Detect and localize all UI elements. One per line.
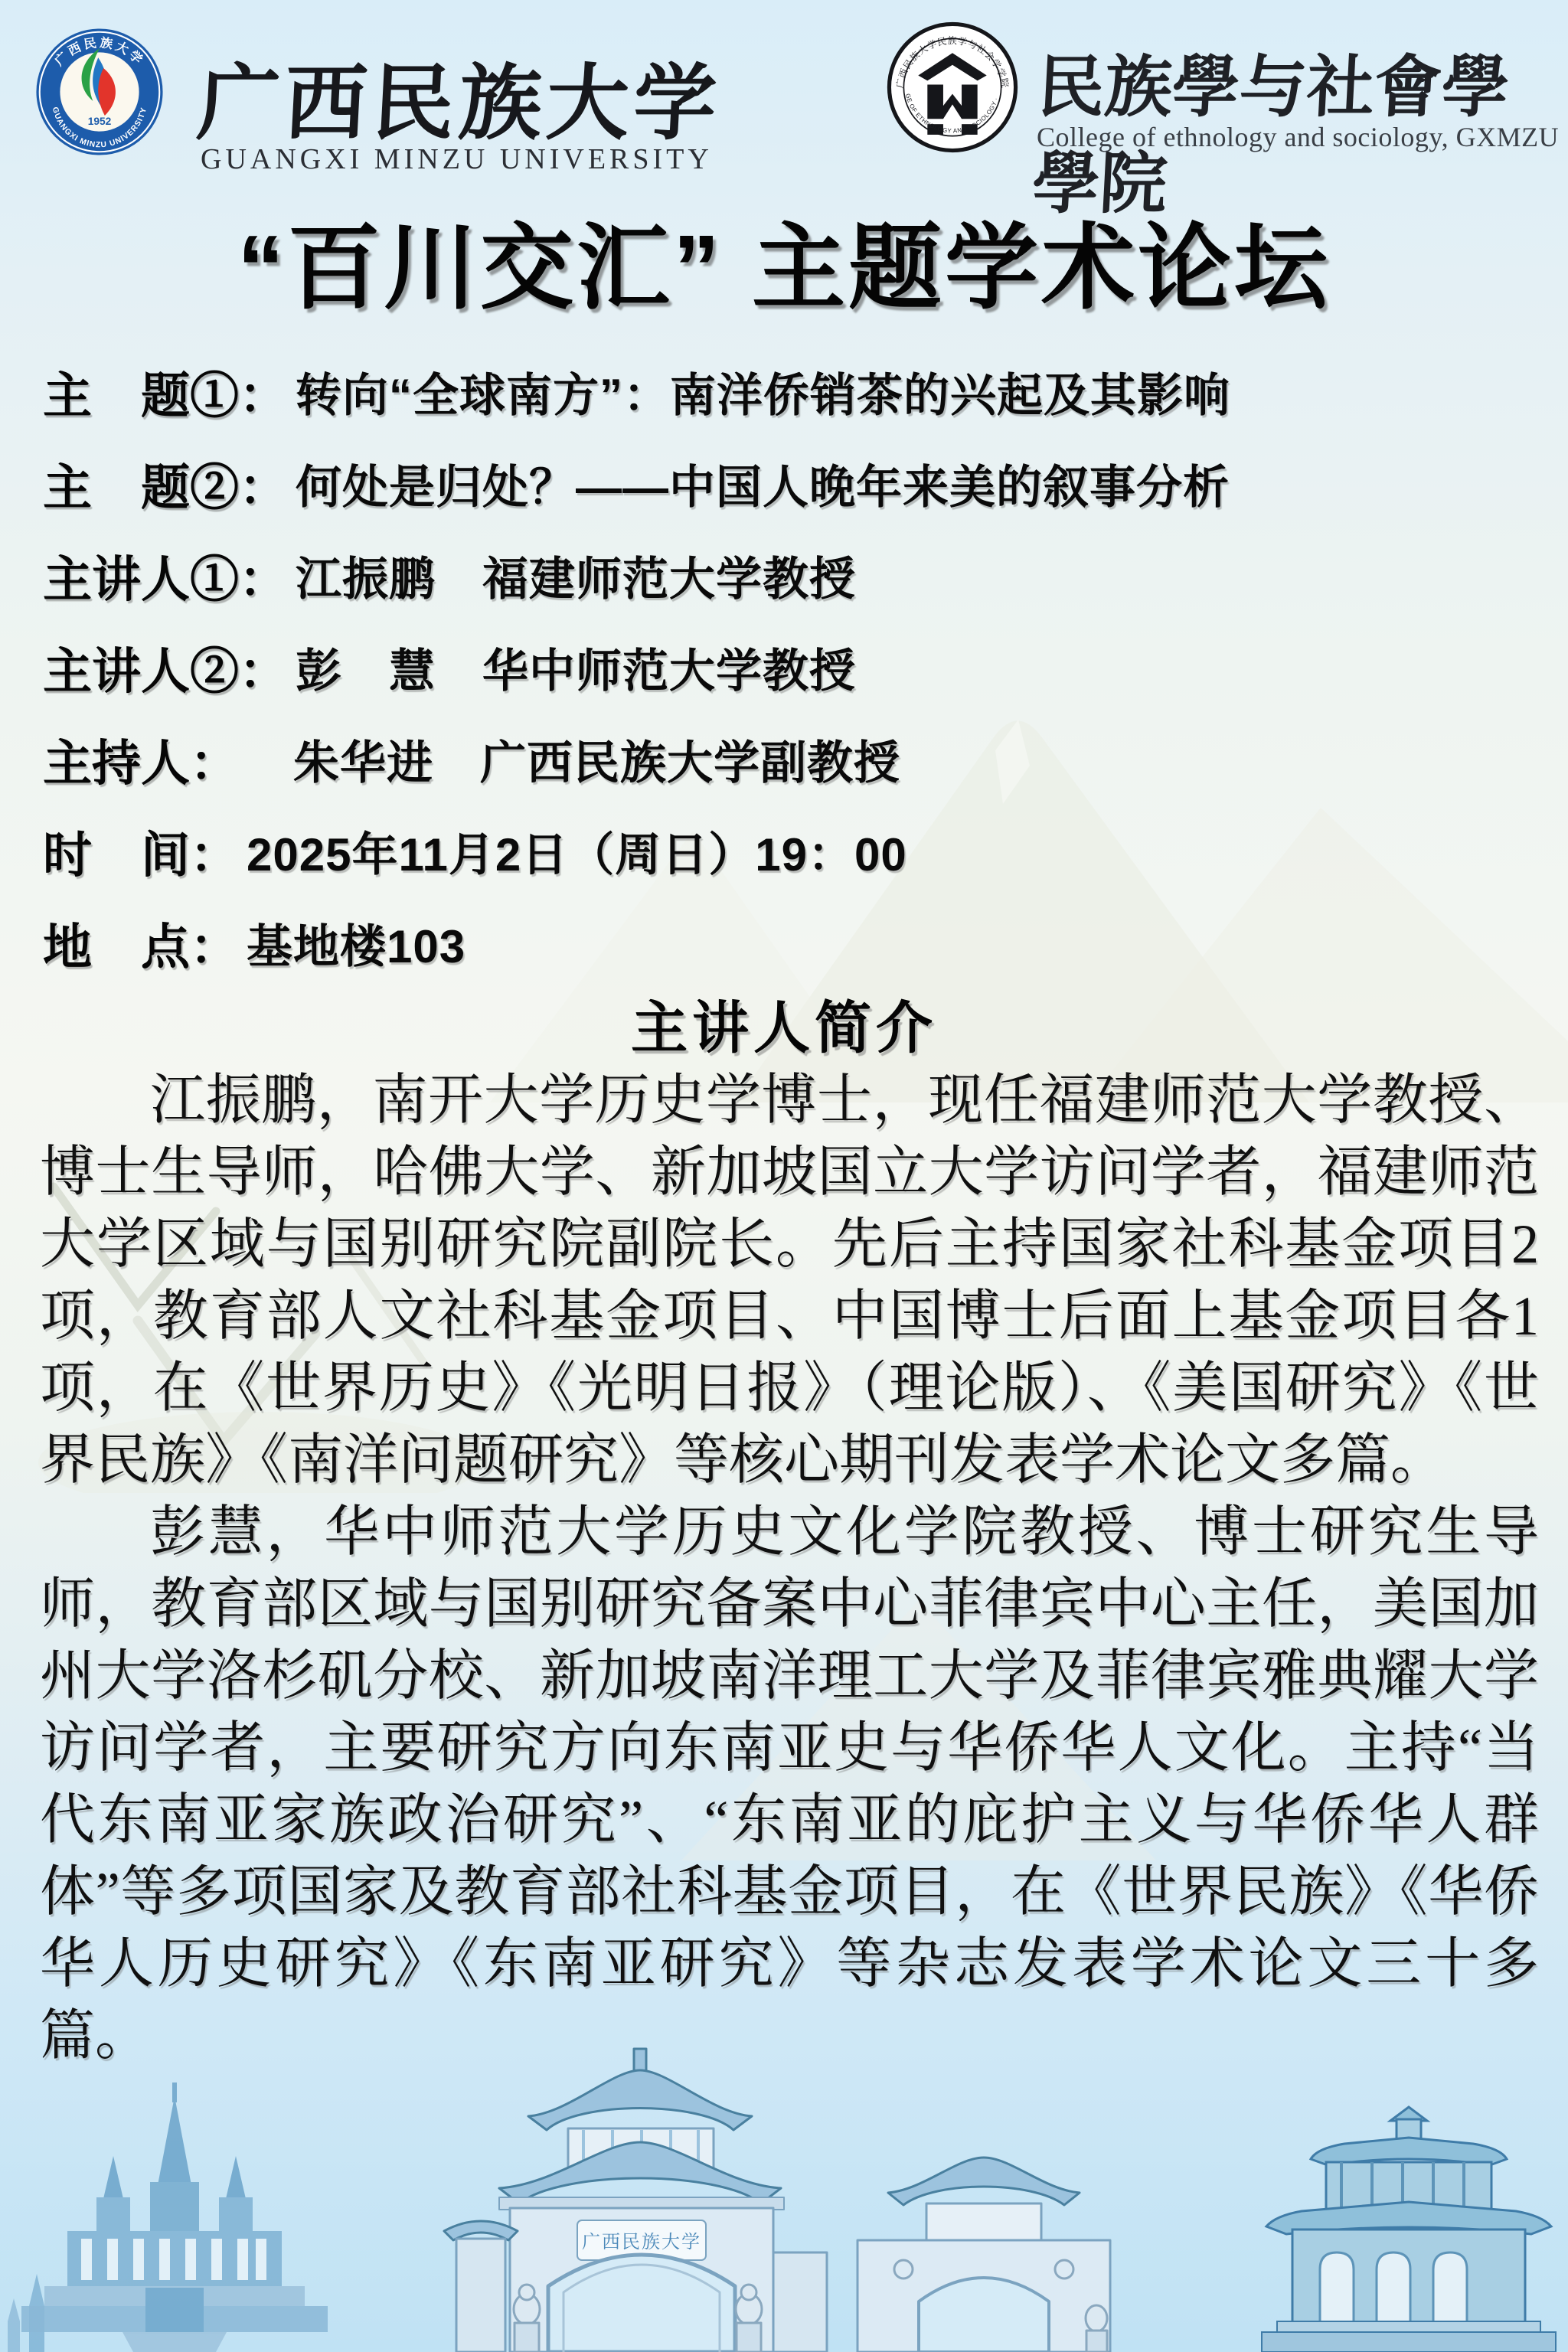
info-label: 主 题②： [43, 449, 288, 519]
info-line-topic-1: 主 题①： 转向“全球南方”：南洋侨销茶的兴起及其影响 [43, 346, 1540, 438]
info-value: 转向“全球南方”：南洋侨销茶的兴起及其影响 [296, 359, 1230, 425]
info-line-topic-2: 主 题②： 何处是归处？——中国人晚年来美的叙事分析 [43, 438, 1540, 530]
info-value: 朱华进 广西民族大学副教授 [247, 727, 900, 792]
info-value: 江振鹏 福建师范大学教授 [296, 543, 856, 609]
poster-title: “百川交汇” 主题学术论坛 [0, 193, 1568, 327]
speaker-bios: 江振鹏，南开大学历史学博士，现任福建师范大学教授、博士生导师，哈佛大学、新加坡国… [40, 1064, 1539, 2072]
info-label: 主讲人②： [43, 632, 288, 703]
info-label: 时 间： [43, 816, 239, 887]
info-line-speaker-2: 主讲人②： 彭 慧 华中师范大学教授 [43, 622, 1540, 714]
college-seal-icon: 广西民族大学民族学与社会学学院 COLLEGE OF ETHNOLOGY AND… [887, 21, 1018, 153]
info-label: 主持人： [43, 724, 239, 795]
bio-paragraph-peng: 彭慧，华中师范大学历史文化学院教授、博士研究生导师，教育部区域与国别研究备案中心… [40, 1496, 1539, 2072]
info-line-time: 时 间： 2025年11月2日（周日）19：00 [43, 805, 1540, 897]
info-line-speaker-1: 主讲人①： 江振鹏 福建师范大学教授 [43, 530, 1540, 622]
university-seal-icon: 广西民族大学 GUANGXI MINZU UNIVERSITY 1952 [34, 26, 165, 158]
info-label: 地 点： [43, 908, 239, 978]
event-info: 主 题①： 转向“全球南方”：南洋侨销茶的兴起及其影响 主 题②： 何处是归处？… [43, 346, 1540, 989]
poster: 广西民族大学 [0, 0, 1568, 2352]
college-name-en: College of ethnology and sociology, GXMZ… [1037, 121, 1559, 153]
bio-section-heading: 主讲人简介 [0, 983, 1568, 1064]
info-label: 主 题①： [43, 357, 288, 427]
info-value: 2025年11月2日（周日）19：00 [247, 818, 907, 884]
info-value: 何处是归处？——中国人晚年来美的叙事分析 [296, 451, 1230, 517]
university-name-en: GUANGXI MINZU UNIVERSITY [201, 142, 713, 176]
info-value: 基地楼103 [247, 910, 465, 976]
info-label: 主讲人①： [43, 541, 288, 611]
info-value: 彭 慧 华中师范大学教授 [296, 635, 856, 701]
university-seal-year: 1952 [88, 116, 112, 127]
university-name-cn: 广西民族大学 [194, 37, 724, 155]
bio-paragraph-jiang: 江振鹏，南开大学历史学博士，现任福建师范大学教授、博士生导师，哈佛大学、新加坡国… [40, 1064, 1539, 1496]
info-line-location: 地 点： 基地楼103 [43, 897, 1540, 989]
info-line-host: 主持人： 朱华进 广西民族大学副教授 [43, 714, 1540, 805]
